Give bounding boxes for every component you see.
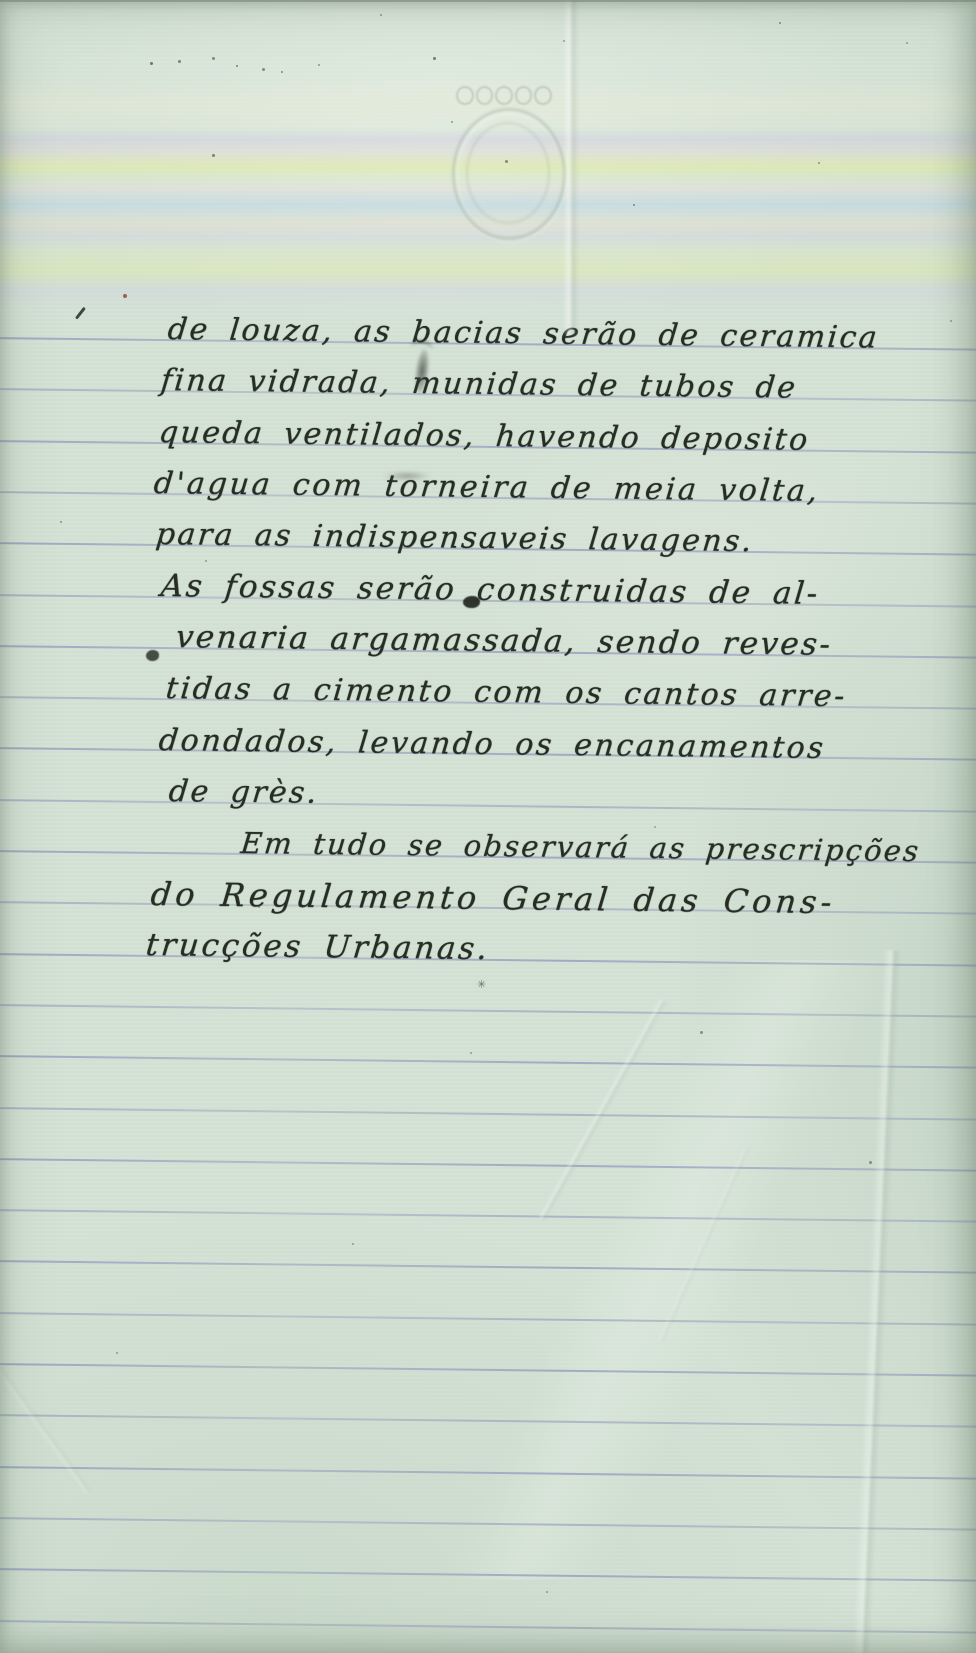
crown-bead	[476, 86, 494, 105]
ink-mark: ✳	[477, 978, 486, 991]
handwriting-line: As fossas serão construidas de al-	[159, 571, 821, 610]
ruled-line	[0, 799, 976, 813]
handwriting-line: queda ventilados, havendo deposito	[157, 418, 811, 456]
handwriting-line: Em tudo se observará as prescripções	[239, 829, 921, 866]
crown-icon	[456, 86, 552, 108]
paper-speck	[318, 64, 320, 66]
paper-speck	[150, 62, 153, 65]
handwriting-line: tidas a cimento com os cantos arre-	[164, 674, 848, 712]
paper-speck	[779, 22, 781, 24]
seal-inner-ring	[466, 122, 550, 224]
paper-speck	[869, 1161, 872, 1164]
ink-blot	[146, 650, 159, 661]
paper-speck	[236, 65, 238, 67]
paper-speck	[178, 60, 181, 63]
paper-speck	[205, 560, 207, 562]
paper-speck	[380, 14, 382, 16]
fold-crease	[658, 1148, 750, 1343]
ruled-line	[0, 1363, 976, 1377]
paper-speck	[505, 160, 508, 163]
ink-smudge	[399, 343, 437, 430]
paper-speck	[700, 1031, 703, 1034]
handwriting-line: dondados, levando os encanamentos	[157, 726, 826, 764]
handwriting-line: para as indispensaveis lavagens.	[154, 520, 755, 557]
paper-speck	[654, 826, 656, 828]
rust-speck	[123, 294, 127, 298]
fold-crease	[853, 950, 902, 1653]
ruled-line	[0, 1004, 976, 1018]
paper-speck	[563, 40, 565, 42]
handwriting-line: de grès.	[167, 777, 320, 809]
paper-speck	[818, 162, 820, 164]
paper-speck	[451, 121, 453, 123]
ink-smudge	[370, 466, 444, 486]
paper-speck	[546, 1591, 548, 1593]
paper-speck	[906, 42, 908, 44]
paper-speck	[212, 154, 215, 157]
handwriting-line: trucções Urbanas.	[144, 930, 491, 965]
embossed-crown-seal	[440, 80, 580, 250]
handwriting-line: do Regulamento Geral das Cons-	[149, 878, 837, 918]
paper-speck	[950, 320, 952, 322]
paper-speck	[258, 906, 260, 908]
crown-bead	[534, 86, 552, 105]
ruled-line	[0, 1466, 976, 1480]
paper-speck	[116, 1352, 118, 1354]
paper-speck	[60, 521, 62, 523]
ruled-line	[0, 1312, 976, 1326]
crown-bead	[515, 86, 533, 105]
scan-edge	[0, 0, 976, 2]
ruled-line	[0, 1107, 976, 1121]
ruled-line	[0, 1620, 976, 1634]
paper-speck	[212, 57, 215, 60]
handwriting-line: venaria argamassada, sendo reves-	[174, 622, 833, 661]
ruled-line	[0, 1568, 976, 1582]
handwriting-line: de louza, as bacias serão de ceramica	[166, 315, 880, 353]
handwriting-line: d'agua com torneira de meia volta,	[152, 469, 821, 507]
manuscript-page: de louza, as bacias serão de ceramicafin…	[0, 0, 976, 1653]
paper-speck	[433, 57, 436, 60]
crown-bead	[495, 86, 513, 105]
handwriting-line: fina vidrada, munidas de tubos de	[159, 366, 798, 404]
fold-crease	[538, 998, 667, 1221]
ink-blot	[463, 596, 480, 608]
ruled-line	[0, 1517, 976, 1531]
ruled-line	[0, 1055, 976, 1069]
ruled-line	[0, 1209, 976, 1223]
paper-speck	[633, 204, 635, 206]
ruled-line	[0, 1414, 976, 1428]
ruled-line	[0, 1158, 976, 1172]
paper-speck	[470, 1052, 472, 1054]
paper-speck	[281, 71, 283, 73]
paper-speck	[352, 1243, 354, 1245]
ruled-line	[0, 1260, 976, 1274]
crown-bead	[456, 86, 474, 105]
paper-speck	[262, 68, 265, 71]
